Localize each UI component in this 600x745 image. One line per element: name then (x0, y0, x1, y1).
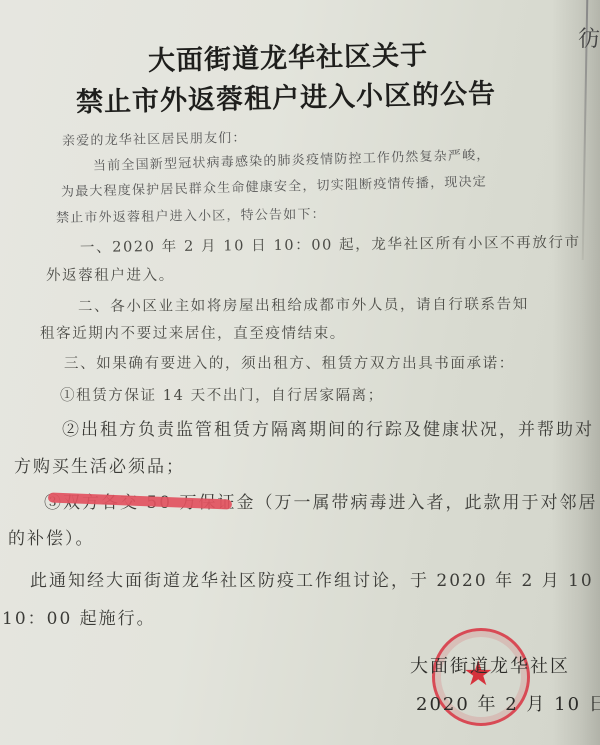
item-3-sub-1: ①租赁方保证 14 天不出门，自行居家隔离； (60, 384, 384, 405)
closing-line-1: 此通知经大面街道龙华社区防疫工作组讨论，于 2020 年 2 月 10 日 (30, 566, 600, 591)
intro-line-2: 为最大程度保护居民群众生命健康安全，切实阻断疫情传播，现决定 (61, 171, 487, 200)
item-3-sub-2-line-2: 方购买生活必须品； (14, 452, 185, 477)
item-2-line-2: 租客近期内不要过来居住，直至疫情结束。 (40, 322, 346, 343)
salutation: 亲爱的龙华社区居民朋友们： (62, 127, 247, 149)
intro-line-1: 当前全国新型冠状病毒感染的肺炎疫情防控工作仍然复杂严峻， (93, 144, 491, 174)
item-2-line-1: 二、各小区业主如将房屋出租给成都市外人员，请自行联系告知 (78, 293, 529, 316)
item-3-sub-2-line-1: ②出租方负责监管租赁方隔离期间的行踪及健康状况，并帮助对 (62, 415, 594, 440)
signature-date: 2020 年 2 月 10 日 (416, 690, 600, 716)
signature-organization: 大面街道龙华社区 (410, 652, 570, 678)
intro-line-3: 禁止市外返蓉租户进入小区，特公告如下： (56, 203, 326, 226)
item-3-sub-3-line-2: 的补偿）。 (8, 524, 95, 549)
closing-line-2: 10：00 起施行。 (2, 604, 156, 629)
paper-edge-shadow (552, 0, 600, 745)
item-1-line-1: 一、2020 年 2 月 10 日 10：00 起，龙华社区所有小区不再放行市 (80, 231, 581, 257)
item-3-header: 三、如果确有要进入的，须出租方、租赁方双方出具书面承诺： (64, 352, 515, 373)
item-1-line-2: 外返蓉租户进入。 (46, 264, 175, 285)
